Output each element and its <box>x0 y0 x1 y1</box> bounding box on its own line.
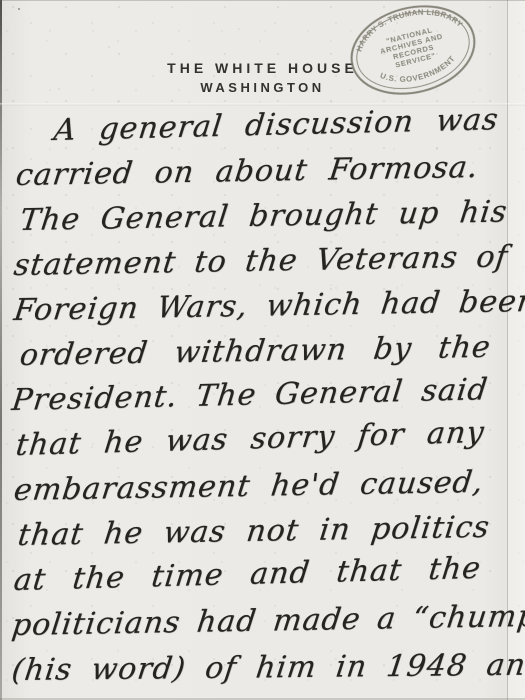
handwriting-line: (his word) of him in 1948 and <box>9 643 521 693</box>
handwritten-note: A general discussion was carried on abou… <box>12 108 517 693</box>
handwriting-line: politicians had made a “chump” <box>9 594 521 648</box>
scanned-document-page: THE WHITE HOUSE WASHINGTON HARRY S. TRUM… <box>0 0 525 700</box>
paper-speckles <box>18 8 20 10</box>
